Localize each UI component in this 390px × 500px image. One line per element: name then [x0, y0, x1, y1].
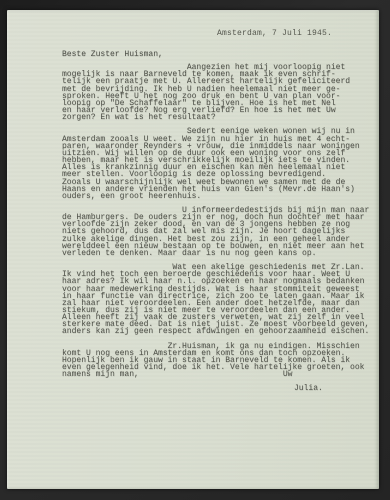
letter-paragraph-2: Sedert eenige weken wonen wij nu in Amst…: [62, 128, 374, 200]
scan-background: Amsterdam, 7 Juli 1945. Beste Zuster Hui…: [0, 0, 390, 500]
letter-paragraph-4: Wat een akelige geschiedenis met Zr.Lan.…: [62, 264, 374, 336]
salutation: Beste Zuster Huisman,: [62, 51, 374, 58]
letter-paper: Amsterdam, 7 Juli 1945. Beste Zuster Hui…: [7, 10, 379, 489]
letter-paragraph-3: U informeerdedestijds bij mijn man naar …: [62, 207, 374, 257]
letter-paragraph-5: Zr.Huisman, ik ga nu eindigen. Misschien…: [62, 343, 374, 379]
letter-body: Beste Zuster Huisman, Aangezien het mij …: [62, 51, 374, 393]
dateline: Amsterdam, 7 Juli 1945.: [217, 30, 332, 38]
letter-paragraph-1: Aangezien het mij voorloopig niet mogeli…: [62, 64, 374, 121]
closing-signature: Julia.: [294, 385, 374, 392]
